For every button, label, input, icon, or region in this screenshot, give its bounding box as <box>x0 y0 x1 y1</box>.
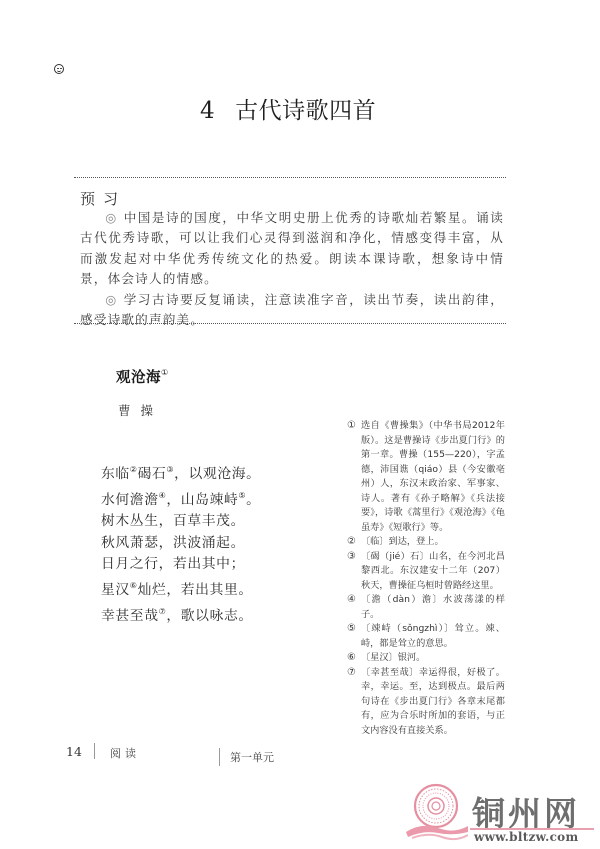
preview-paragraph-1: ◎中国是诗的国度，中华文明史册上优秀的诗歌灿若繁星。诵读古代优秀诗歌，可以让我们… <box>80 208 504 290</box>
poem-line: 树木丛生，百草丰茂。 <box>101 511 261 532</box>
footnote-item: ③〔碣（jié）石〕山名，在今河北昌黎西北。东汉建安十二年（207）秋天，曹操征… <box>347 550 505 594</box>
footnote-ref: ② <box>130 465 138 474</box>
bullet-circle-icon: ◎ <box>105 210 118 225</box>
footnote-item: ②〔临〕到达，登上。 <box>347 535 505 550</box>
footnote-number: ① <box>347 419 356 434</box>
footer-unit-label: 第一单元 <box>230 749 274 765</box>
footnote-number: ⑤ <box>347 622 356 637</box>
footnote-number: ③ <box>347 550 356 565</box>
watermark: 铜州网 www.bltzw.com <box>404 780 600 846</box>
poem-line: 东临②碣石③，以观沧海。 <box>101 459 261 485</box>
poem-body: 东临②碣石③，以观沧海。水何澹澹④，山岛竦峙⑤。树木丛生，百草丰茂。秋风萧瑟，洪… <box>101 459 261 627</box>
smiley-face-icon <box>54 64 64 74</box>
poem-line: 秋风萧瑟，洪波涌起。 <box>101 533 261 554</box>
footnote-item: ④〔澹（dàn）澹〕水波荡漾的样子。 <box>347 593 505 622</box>
poem-line: 星汉⑥灿烂，若出其里。 <box>101 575 261 601</box>
footnote-text: 〔星汉〕银河。 <box>361 652 425 663</box>
poem-line: 水何澹澹④，山岛竦峙⑤。 <box>101 485 261 511</box>
footnote-text: 〔澹（dàn）澹〕水波荡漾的样子。 <box>361 594 505 620</box>
footnote-ref: ⑥ <box>130 581 138 590</box>
watermark-logo-icon <box>404 780 468 844</box>
preview-body: ◎中国是诗的国度，中华文明史册上优秀的诗歌灿若繁星。诵读古代优秀诗歌，可以让我们… <box>80 208 504 330</box>
footnote-item: ①选自《曹操集》（中华书局2012年版）。这是曹操诗《步出夏门行》的第一章。曹操… <box>347 419 505 535</box>
footnote-number: ⑥ <box>347 651 356 666</box>
footnote-item: ⑤〔竦峙（sǒngzhì）〕耸立。竦、峙，都是耸立的意思。 <box>347 622 505 651</box>
lesson-title-text: 古代诗歌四首 <box>235 98 376 124</box>
bullet-circle-icon: ◎ <box>105 292 118 307</box>
poem-line: 日月之行，若出其中； <box>101 554 261 575</box>
footnote-number: ④ <box>347 593 356 608</box>
poem-author: 曹操 <box>118 401 163 419</box>
footer-section-label: 阅读 <box>110 745 140 761</box>
footnote-item: ⑥〔星汉〕银河。 <box>347 651 505 666</box>
footnote-number: ⑦ <box>347 666 356 681</box>
footnote-ref: ⑤ <box>238 491 246 500</box>
poem-line: 幸甚至哉⑦，歌以咏志。 <box>101 601 261 627</box>
footnote-text: 选自《曹操集》（中华书局2012年版）。这是曹操诗《步出夏门行》的第一章。曹操（… <box>361 420 505 533</box>
footnote-text: 〔幸甚至哉〕幸运得很，好极了。幸，幸运。至，达到极点。最后两句诗在《步出夏门行》… <box>361 667 505 736</box>
preview-paragraph-2: ◎学习古诗要反复诵读，注意读准字音，读出节奏，读出韵律，感受诗歌的声韵美。 <box>80 290 504 331</box>
footnote-item: ⑦〔幸甚至哉〕幸运得很，好极了。幸，幸运。至，达到极点。最后两句诗在《步出夏门行… <box>347 666 505 739</box>
preview-heading: 预习 <box>80 188 126 209</box>
dotted-divider-bottom <box>74 323 506 324</box>
lesson-title: 4古代诗歌四首 <box>200 92 450 125</box>
footnote-text: 〔竦峙（sǒngzhì）〕耸立。竦、峙，都是耸立的意思。 <box>361 623 505 649</box>
footnote-ref: ③ <box>166 465 174 474</box>
footnotes: ①选自《曹操集》（中华书局2012年版）。这是曹操诗《步出夏门行》的第一章。曹操… <box>347 419 505 738</box>
watermark-url: www.bltzw.com <box>474 830 578 844</box>
dotted-divider-top <box>74 177 506 178</box>
footer-divider <box>94 743 95 759</box>
footnote-text: 〔临〕到达，登上。 <box>361 536 444 547</box>
page-number: 14 <box>66 744 82 759</box>
lesson-number: 4 <box>200 98 215 124</box>
footnote-ref: ① <box>161 368 169 377</box>
footer-divider <box>219 748 220 766</box>
footnote-number: ② <box>347 535 356 550</box>
poem-title: 观沧海① <box>116 366 169 387</box>
footnote-text: 〔碣（jié）石〕山名，在今河北昌黎西北。东汉建安十二年（207）秋天，曹操征乌… <box>361 551 505 591</box>
